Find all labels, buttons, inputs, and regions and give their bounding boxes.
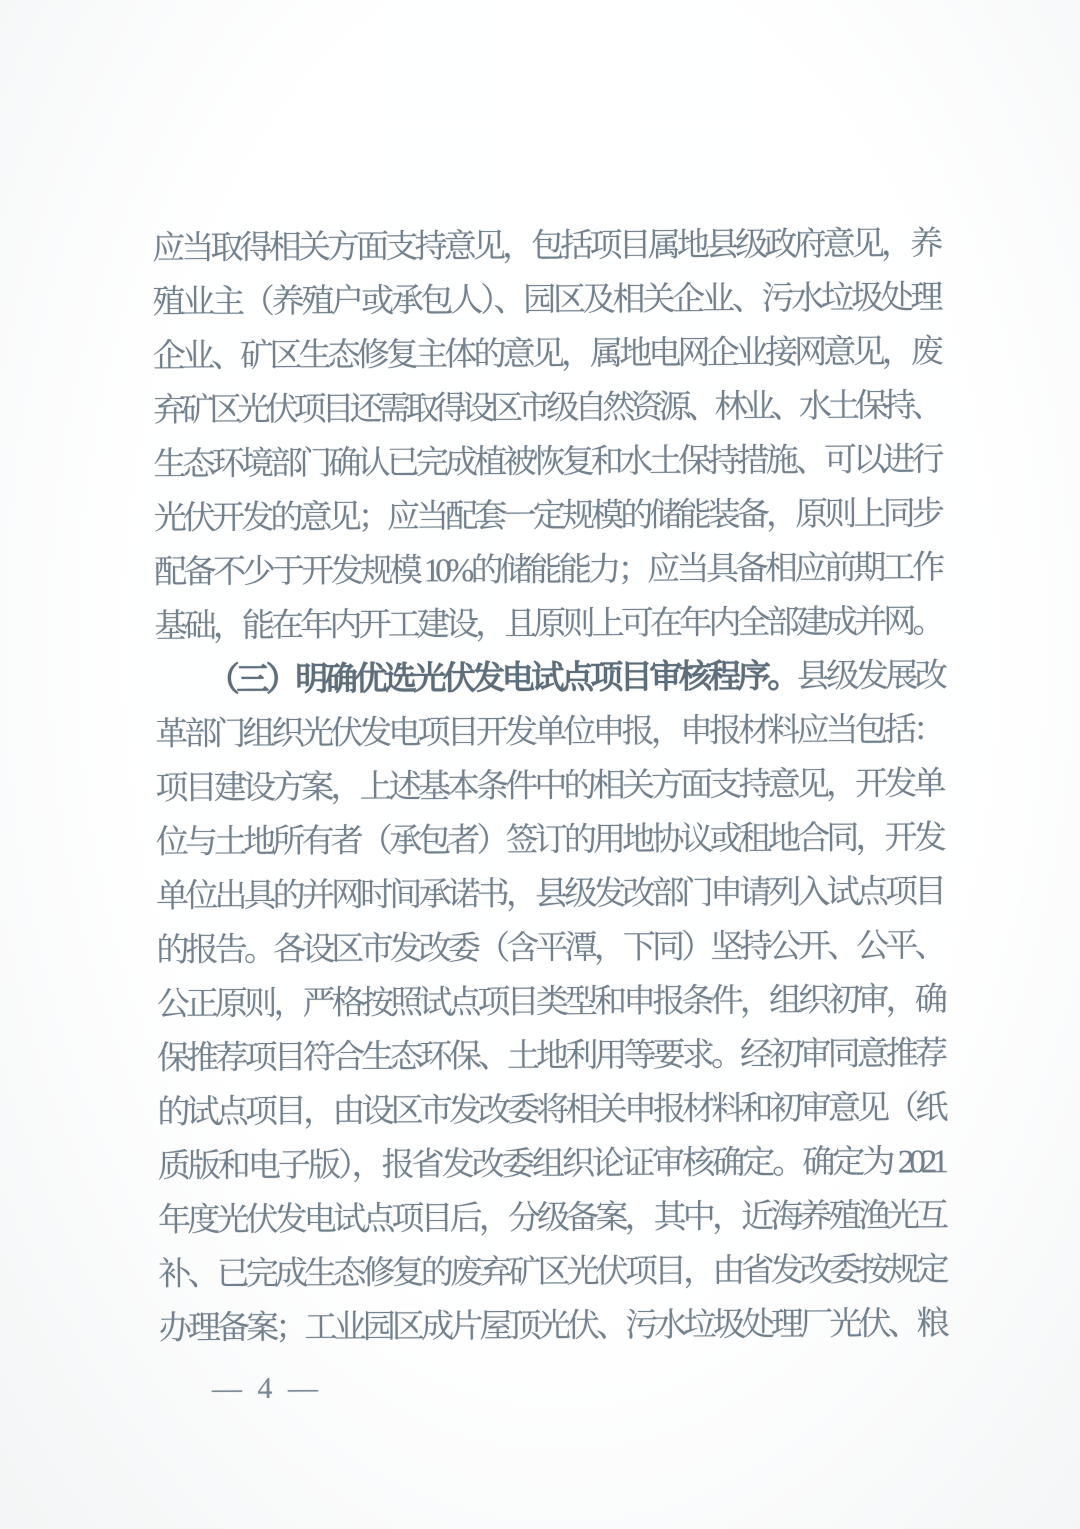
body-line: 质版和电子版），报省发改委组织论证审核确定。确定为 2021 xyxy=(158,1135,944,1194)
body-line: 补、已完成生态修复的废弃矿区光伏项目，由省发改委按规定 xyxy=(158,1243,944,1302)
section-heading-line: （三）明确优选光伏发电试点项目审核程序。县级发展改 xyxy=(155,649,941,708)
body-line: 项目建设方案，上述基本条件中的相关方面支持意见，开发单 xyxy=(155,757,941,816)
document-body: 应当取得相关方面支持意见，包括项目属地县级政府意见，养 殖业主（养殖户或承包人）… xyxy=(152,217,945,1356)
body-line: 基础，能在年内开工建设，且原则上可在年内全部建成并网。 xyxy=(154,595,940,654)
section-heading: （三）明确优选光伏发电试点项目审核程序。 xyxy=(207,659,797,699)
body-line: 公正原则，严格按照试点项目类型和申报条件，组织初审，确 xyxy=(157,973,943,1032)
body-line: 企业、矿区生态修复主体的意见，属地电网企业接网意见，废 xyxy=(153,325,939,384)
body-line: 位与土地所有者（承包者）签订的用地协议或租地合同，开发 xyxy=(156,811,942,870)
body-line: 办理备案；工业园区成片屋顶光伏、污水垃圾处理厂光伏、粮 xyxy=(159,1297,945,1356)
section-heading-tail: 县级发展改 xyxy=(797,658,941,695)
page-number: — 4 — xyxy=(212,1372,322,1407)
body-line: 应当取得相关方面支持意见，包括项目属地县级政府意见，养 xyxy=(152,217,938,276)
body-line: 的报告。各设区市发改委（含平潭，下同）坚持公开、公平、 xyxy=(156,919,942,978)
body-line: 殖业主（养殖户或承包人）、园区及相关企业、污水垃圾处理 xyxy=(152,271,938,330)
body-line: 革部门组织光伏发电项目开发单位申报，申报材料应当包括： xyxy=(155,703,941,762)
body-line: 的试点项目，由设区市发改委将相关申报材料和初审意见（纸 xyxy=(157,1081,943,1140)
body-line: 保推荐项目符合生态环保、土地利用等要求。经初审同意推荐 xyxy=(157,1027,943,1086)
body-line: 弃矿区光伏项目还需取得设区市级自然资源、林业、水土保持、 xyxy=(153,379,939,438)
body-line: 年度光伏发电试点项目后，分级备案，其中，近海养殖渔光互 xyxy=(158,1189,944,1248)
body-line: 配备不少于开发规模 10%的储能能力；应当具备相应前期工作 xyxy=(154,541,940,600)
body-line: 单位出具的并网时间承诺书，县级发改部门申请列入试点项目 xyxy=(156,865,942,924)
body-line: 生态环境部门确认已完成植被恢复和水土保持措施、可以进行 xyxy=(153,433,939,492)
body-line: 光伏开发的意见；应当配套一定规模的储能装备，原则上同步 xyxy=(154,487,940,546)
document-page: 应当取得相关方面支持意见，包括项目属地县级政府意见，养 殖业主（养殖户或承包人）… xyxy=(0,0,1080,1529)
